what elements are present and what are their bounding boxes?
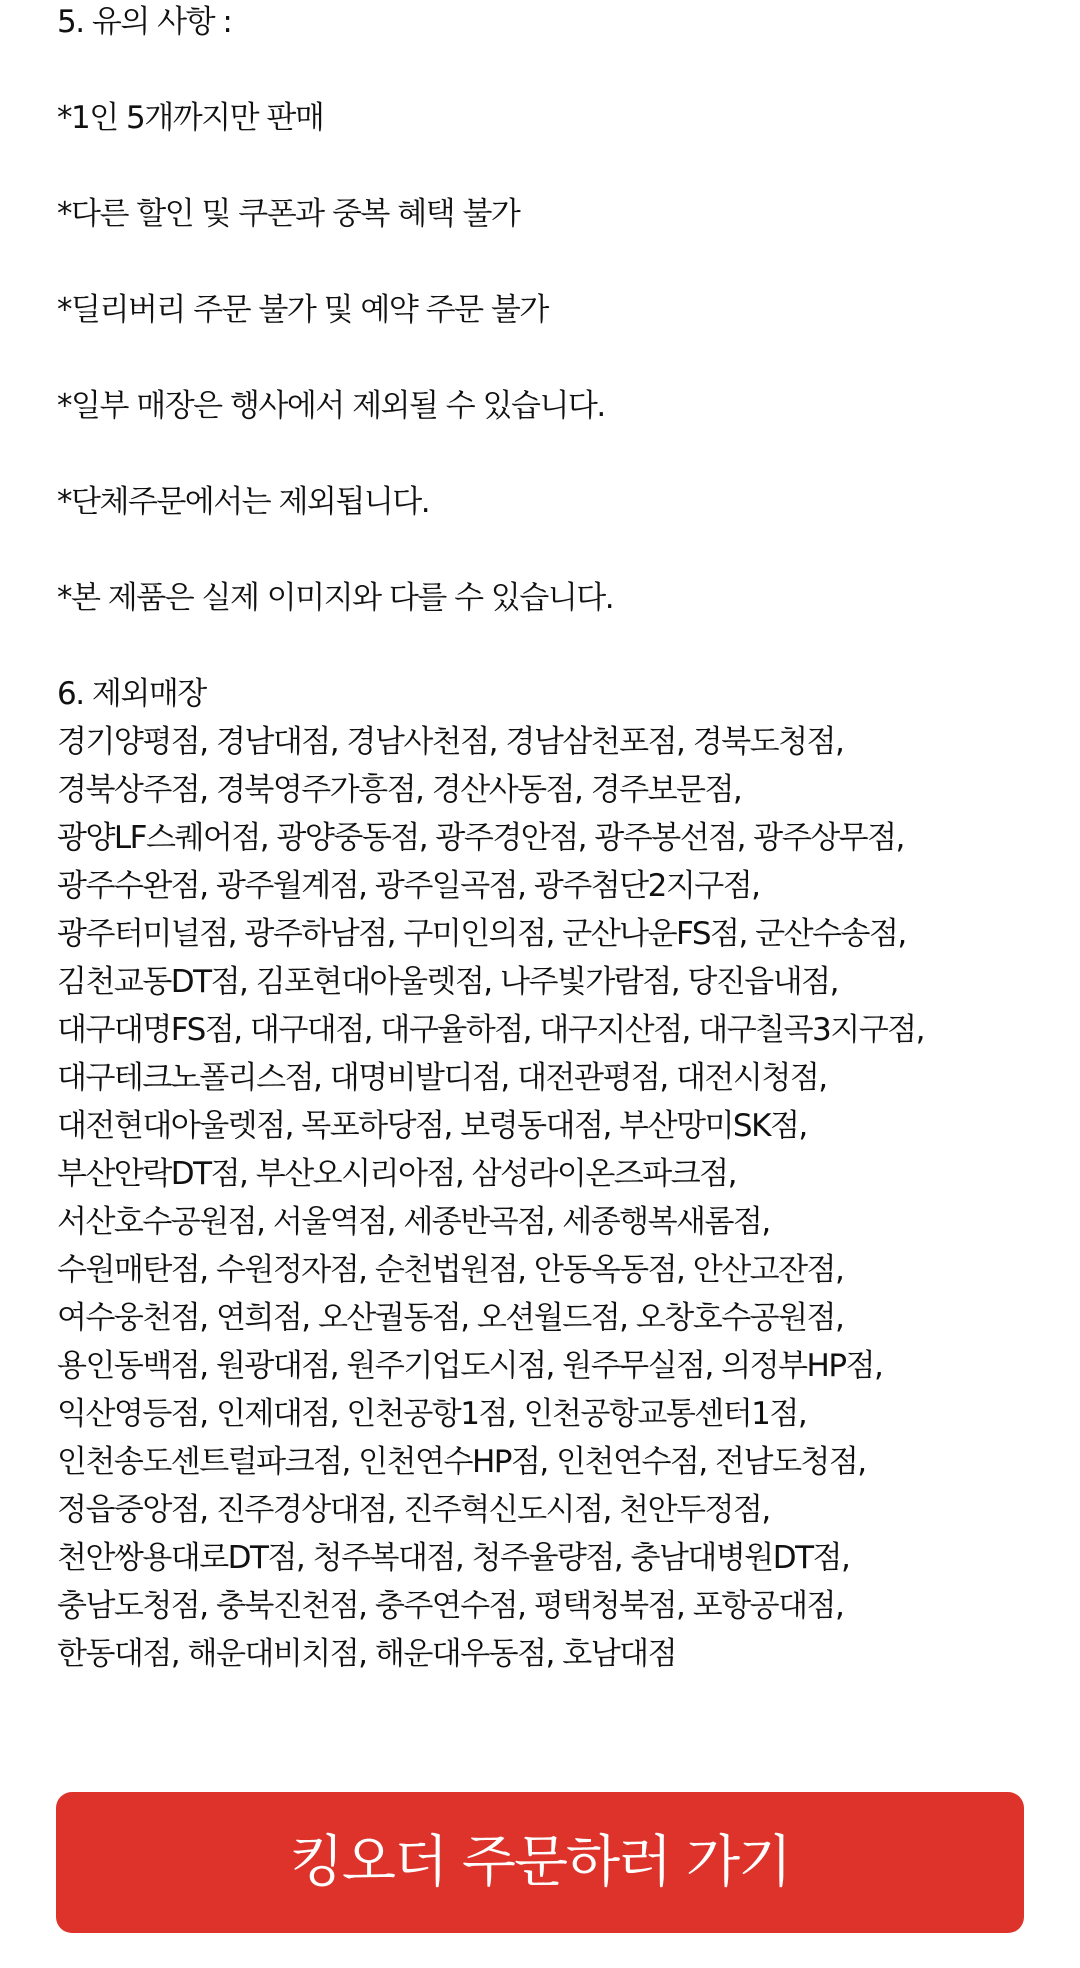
notice-content: 5. 유의 사항 : *1인 5개까지만 판매 *다른 할인 및 쿠폰과 중복 … [57, 0, 1057, 1678]
store-list-line: 광주터미널점, 광주하남점, 구미인의점, 군산나운FS점, 군산수송점, [57, 910, 1057, 958]
store-list-line: 천안쌍용대로DT점, 청주복대점, 청주율량점, 충남대병원DT점, [57, 1534, 1057, 1582]
king-order-button-label: 킹오더 주문하러 가기 [290, 1835, 790, 1891]
store-list-line: 한동대점, 해운대비치점, 해운대우동점, 호남대점 [57, 1630, 1057, 1678]
excluded-store-list: 경기양평점, 경남대점, 경남사천점, 경남삼천포점, 경북도청점, 경북상주점… [57, 718, 1057, 1678]
store-list-line: 부산안락DT점, 부산오시리아점, 삼성라이온즈파크점, [57, 1150, 1057, 1198]
store-list-line: 대전현대아울렛점, 목포하당점, 보령동대점, 부산망미SK점, [57, 1102, 1057, 1150]
store-list-line: 여수웅천점, 연희점, 오산궐동점, 오션월드점, 오창호수공원점, [57, 1294, 1057, 1342]
spacer [57, 430, 1057, 478]
spacer [57, 526, 1057, 574]
excluded-stores-heading: 6. 제외매장 [57, 670, 1057, 718]
spacer [57, 238, 1057, 286]
store-list-line: 수원매탄점, 수원정자점, 순천법원점, 안동옥동점, 안산고잔점, [57, 1246, 1057, 1294]
store-list-line: 대구대명FS점, 대구대점, 대구율하점, 대구지산점, 대구칠곡3지구점, [57, 1006, 1057, 1054]
spacer [57, 622, 1057, 670]
store-list-line: 광양LF스퀘어점, 광양중동점, 광주경안점, 광주봉선점, 광주상무점, [57, 814, 1057, 862]
store-list-line: 광주수완점, 광주월계점, 광주일곡점, 광주첨단2지구점, [57, 862, 1057, 910]
precaution-item: *본 제품은 실제 이미지와 다를 수 있습니다. [57, 574, 1057, 622]
spacer [57, 46, 1057, 94]
store-list-line: 경기양평점, 경남대점, 경남사천점, 경남삼천포점, 경북도청점, [57, 718, 1057, 766]
precaution-item: *일부 매장은 행사에서 제외될 수 있습니다. [57, 382, 1057, 430]
precautions-heading: 5. 유의 사항 : [57, 0, 1057, 46]
store-list-line: 충남도청점, 충북진천점, 충주연수점, 평택청북점, 포항공대점, [57, 1582, 1057, 1630]
store-list-line: 용인동백점, 원광대점, 원주기업도시점, 원주무실점, 의정부HP점, [57, 1342, 1057, 1390]
precaution-item: *다른 할인 및 쿠폰과 중복 혜택 불가 [57, 190, 1057, 238]
store-list-line: 서산호수공원점, 서울역점, 세종반곡점, 세종행복새롬점, [57, 1198, 1057, 1246]
spacer [57, 334, 1057, 382]
store-list-line: 정읍중앙점, 진주경상대점, 진주혁신도시점, 천안두정점, [57, 1486, 1057, 1534]
store-list-line: 인천송도센트럴파크점, 인천연수HP점, 인천연수점, 전남도청점, [57, 1438, 1057, 1486]
store-list-line: 김천교동DT점, 김포현대아울렛점, 나주빛가람점, 당진읍내점, [57, 958, 1057, 1006]
store-list-line: 익산영등점, 인제대점, 인천공항1점, 인천공항교통센터1점, [57, 1390, 1057, 1438]
spacer [57, 142, 1057, 190]
precaution-item: *단체주문에서는 제외됩니다. [57, 478, 1057, 526]
precaution-item: *딜리버리 주문 불가 및 예약 주문 불가 [57, 286, 1057, 334]
king-order-button[interactable]: 킹오더 주문하러 가기 [56, 1792, 1024, 1933]
store-list-line: 대구테크노폴리스점, 대명비발디점, 대전관평점, 대전시청점, [57, 1054, 1057, 1102]
precaution-item: *1인 5개까지만 판매 [57, 94, 1057, 142]
store-list-line: 경북상주점, 경북영주가흥점, 경산사동점, 경주보문점, [57, 766, 1057, 814]
